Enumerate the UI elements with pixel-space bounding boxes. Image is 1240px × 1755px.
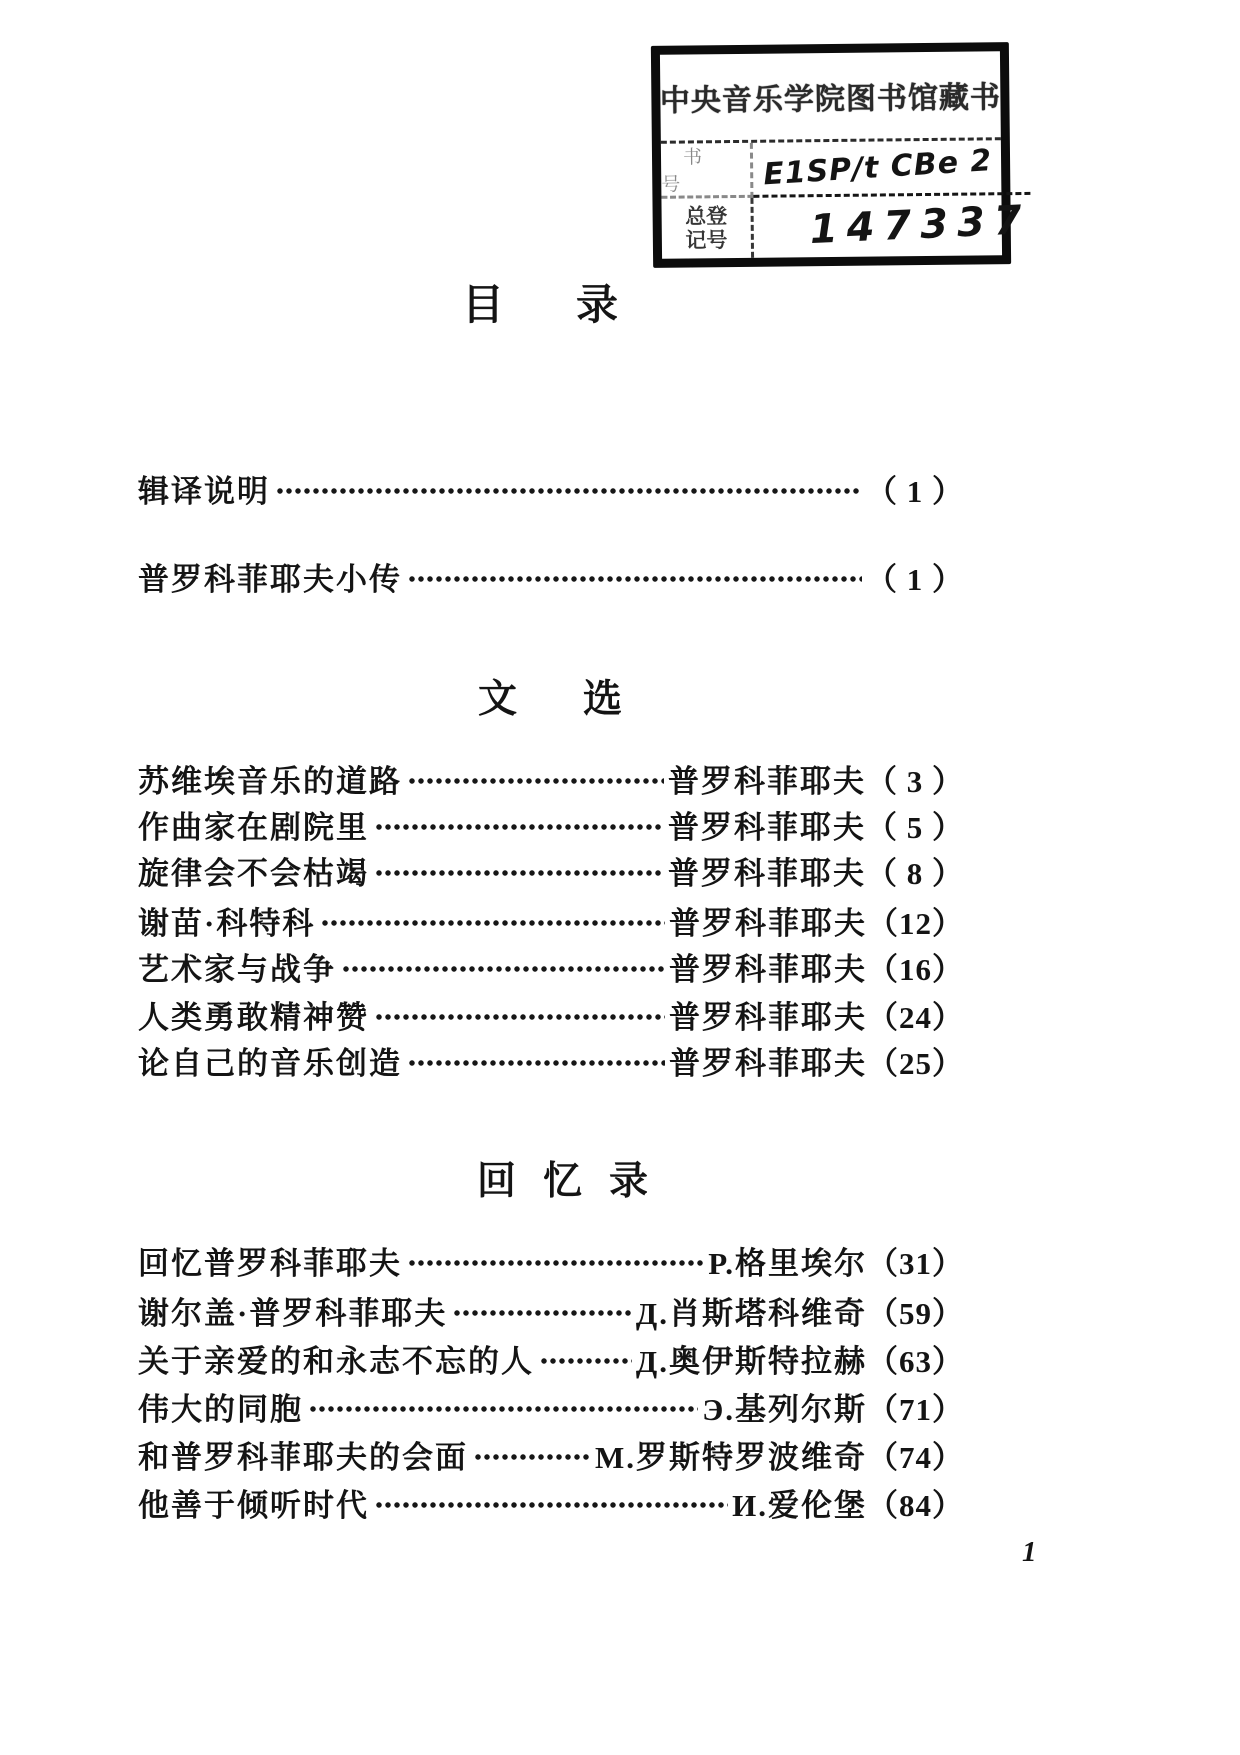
call-number-cell: E1SP/t CBe 2 bbox=[753, 140, 1031, 198]
dot-leader bbox=[276, 484, 862, 498]
toc-entry-page: （59） bbox=[867, 1288, 964, 1333]
toc-entry-page: （16） bbox=[867, 944, 964, 989]
toc-entry-page: （ 1 ） bbox=[866, 554, 964, 599]
toc-entry-author: Д.肖斯塔科维奇 bbox=[636, 1288, 867, 1333]
toc-entry: 作曲家在剧院里 普罗科菲耶夫 （ 5 ） bbox=[138, 804, 964, 844]
dot-leader bbox=[408, 774, 664, 788]
toc-entry-title: 论自己的音乐创造 bbox=[138, 1038, 402, 1083]
dot-leader bbox=[375, 820, 664, 834]
dot-leader bbox=[474, 1450, 591, 1464]
toc-entry-page: （25） bbox=[867, 1038, 964, 1083]
scanned-toc-page: 中央音乐学院图书馆藏书 书号 E1SP/t CBe 2 总登记号 147337 … bbox=[0, 0, 1240, 1755]
dot-leader bbox=[375, 866, 664, 880]
toc-entry-title: 谢尔盖·普罗科菲耶夫 bbox=[138, 1288, 447, 1333]
toc-entry-page: （ 8 ） bbox=[866, 848, 964, 893]
dot-leader bbox=[408, 1256, 704, 1270]
dot-leader bbox=[342, 962, 665, 976]
toc-entry: 关于亲爱的和永志不忘的人 Д.奥伊斯特拉赫 （63） bbox=[138, 1338, 964, 1378]
accession-number-label: 总登记号 bbox=[661, 198, 754, 259]
dot-leader bbox=[540, 1354, 632, 1368]
section-heading-memoirs: 回忆录 bbox=[477, 1150, 675, 1206]
toc-entry-title: 旋律会不会枯竭 bbox=[138, 848, 369, 893]
toc-entry: 旋律会不会枯竭 普罗科菲耶夫 （ 8 ） bbox=[138, 850, 964, 890]
toc-entry-title: 普罗科菲耶夫小传 bbox=[138, 554, 402, 599]
toc-entry-title: 和普罗科菲耶夫的会面 bbox=[138, 1432, 468, 1477]
toc-entry-page: （ 3 ） bbox=[866, 756, 964, 801]
toc-entry-author: 普罗科菲耶夫 bbox=[668, 756, 866, 801]
toc-entry: 回忆普罗科菲耶夫 Р.格里埃尔 （31） bbox=[138, 1240, 964, 1280]
toc-entry-title: 苏维埃音乐的道路 bbox=[138, 756, 402, 801]
accession-number-cell: 147337 bbox=[753, 195, 1031, 258]
toc-entry: 人类勇敢精神赞 普罗科菲耶夫 （24） bbox=[138, 994, 964, 1034]
toc-entry: 伟大的同胞 Э.基列尔斯 （71） bbox=[138, 1386, 964, 1426]
toc-entry-page: （71） bbox=[867, 1384, 964, 1429]
toc-entry-author: И.爱伦堡 bbox=[732, 1480, 867, 1525]
toc-entry-page: （12） bbox=[867, 898, 964, 943]
toc-entry: 艺术家与战争 普罗科菲耶夫 （16） bbox=[138, 946, 964, 986]
toc-entry-page: （24） bbox=[867, 992, 964, 1037]
toc-entry: 和普罗科菲耶夫的会面 М.罗斯特罗波维奇 （74） bbox=[138, 1434, 964, 1474]
toc-entry-author: 普罗科菲耶夫 bbox=[668, 848, 866, 893]
page-title: 目录 bbox=[462, 272, 690, 332]
library-stamp: 中央音乐学院图书馆藏书 书号 E1SP/t CBe 2 总登记号 147337 bbox=[651, 42, 1011, 268]
call-number-value: E1SP/t CBe 2 bbox=[752, 143, 993, 193]
dot-leader bbox=[309, 1402, 698, 1416]
toc-entry-author: Э.基列尔斯 bbox=[702, 1384, 867, 1429]
toc-entry-author: 普罗科菲耶夫 bbox=[669, 1038, 867, 1083]
toc-entry-title: 艺术家与战争 bbox=[138, 944, 336, 989]
library-stamp-title: 中央音乐学院图书馆藏书 bbox=[660, 51, 1001, 144]
toc-entry-page: （31） bbox=[867, 1238, 964, 1283]
toc-entry-author: 普罗科菲耶夫 bbox=[669, 992, 867, 1037]
toc-entry-page: （ 5 ） bbox=[866, 802, 964, 847]
toc-entry: 谢尔盖·普罗科菲耶夫 Д.肖斯塔科维奇 （59） bbox=[138, 1290, 964, 1330]
dot-leader bbox=[321, 916, 665, 930]
toc-entry-title: 谢苗·科特科 bbox=[138, 898, 315, 943]
dot-leader bbox=[375, 1498, 728, 1512]
dot-leader bbox=[408, 572, 862, 586]
toc-entry-title: 人类勇敢精神赞 bbox=[138, 992, 369, 1037]
toc-entry: 谢苗·科特科 普罗科菲耶夫 （12） bbox=[138, 900, 964, 940]
toc-entry-author: 普罗科菲耶夫 bbox=[668, 802, 866, 847]
toc-entry-title: 作曲家在剧院里 bbox=[138, 802, 369, 847]
dot-leader bbox=[375, 1010, 665, 1024]
library-stamp-table: 书号 E1SP/t CBe 2 总登记号 147337 bbox=[661, 140, 1002, 259]
toc-entry-title: 关于亲爱的和永志不忘的人 bbox=[138, 1336, 534, 1381]
dot-leader bbox=[453, 1306, 632, 1320]
toc-entry-page: （84） bbox=[867, 1480, 964, 1525]
toc-entry-author: 普罗科菲耶夫 bbox=[669, 944, 867, 989]
call-number-label: 书号 bbox=[661, 143, 754, 199]
toc-entry-author: М.罗斯特罗波维奇 bbox=[595, 1432, 867, 1477]
toc-entry-title: 他善于倾听时代 bbox=[138, 1480, 369, 1525]
toc-entry-author: 普罗科菲耶夫 bbox=[669, 898, 867, 943]
toc-entry-page: （74） bbox=[867, 1432, 964, 1477]
section-heading-essays: 文选 bbox=[478, 668, 688, 724]
toc-entry-title: 回忆普罗科菲耶夫 bbox=[138, 1238, 402, 1283]
toc-entry: 他善于倾听时代 И.爱伦堡 （84） bbox=[138, 1482, 964, 1522]
toc-entry: 苏维埃音乐的道路 普罗科菲耶夫 （ 3 ） bbox=[138, 758, 964, 798]
dot-leader bbox=[408, 1056, 665, 1070]
toc-entry-title: 辑译说明 bbox=[138, 466, 270, 511]
toc-entry-author: Д.奥伊斯特拉赫 bbox=[636, 1336, 867, 1381]
toc-entry-author: Р.格里埃尔 bbox=[708, 1238, 867, 1283]
toc-entry: 论自己的音乐创造 普罗科菲耶夫 （25） bbox=[138, 1040, 964, 1080]
toc-entry-page: （63） bbox=[867, 1336, 964, 1381]
accession-number-value: 147337 bbox=[753, 197, 1032, 256]
toc-entry: 普罗科菲耶夫小传 （ 1 ） bbox=[138, 556, 964, 596]
folio-page-number: 1 bbox=[1022, 1536, 1037, 1569]
toc-entry-title: 伟大的同胞 bbox=[138, 1384, 303, 1429]
toc-entry-page: （ 1 ） bbox=[866, 466, 964, 511]
toc-entry: 辑译说明 （ 1 ） bbox=[138, 468, 964, 508]
